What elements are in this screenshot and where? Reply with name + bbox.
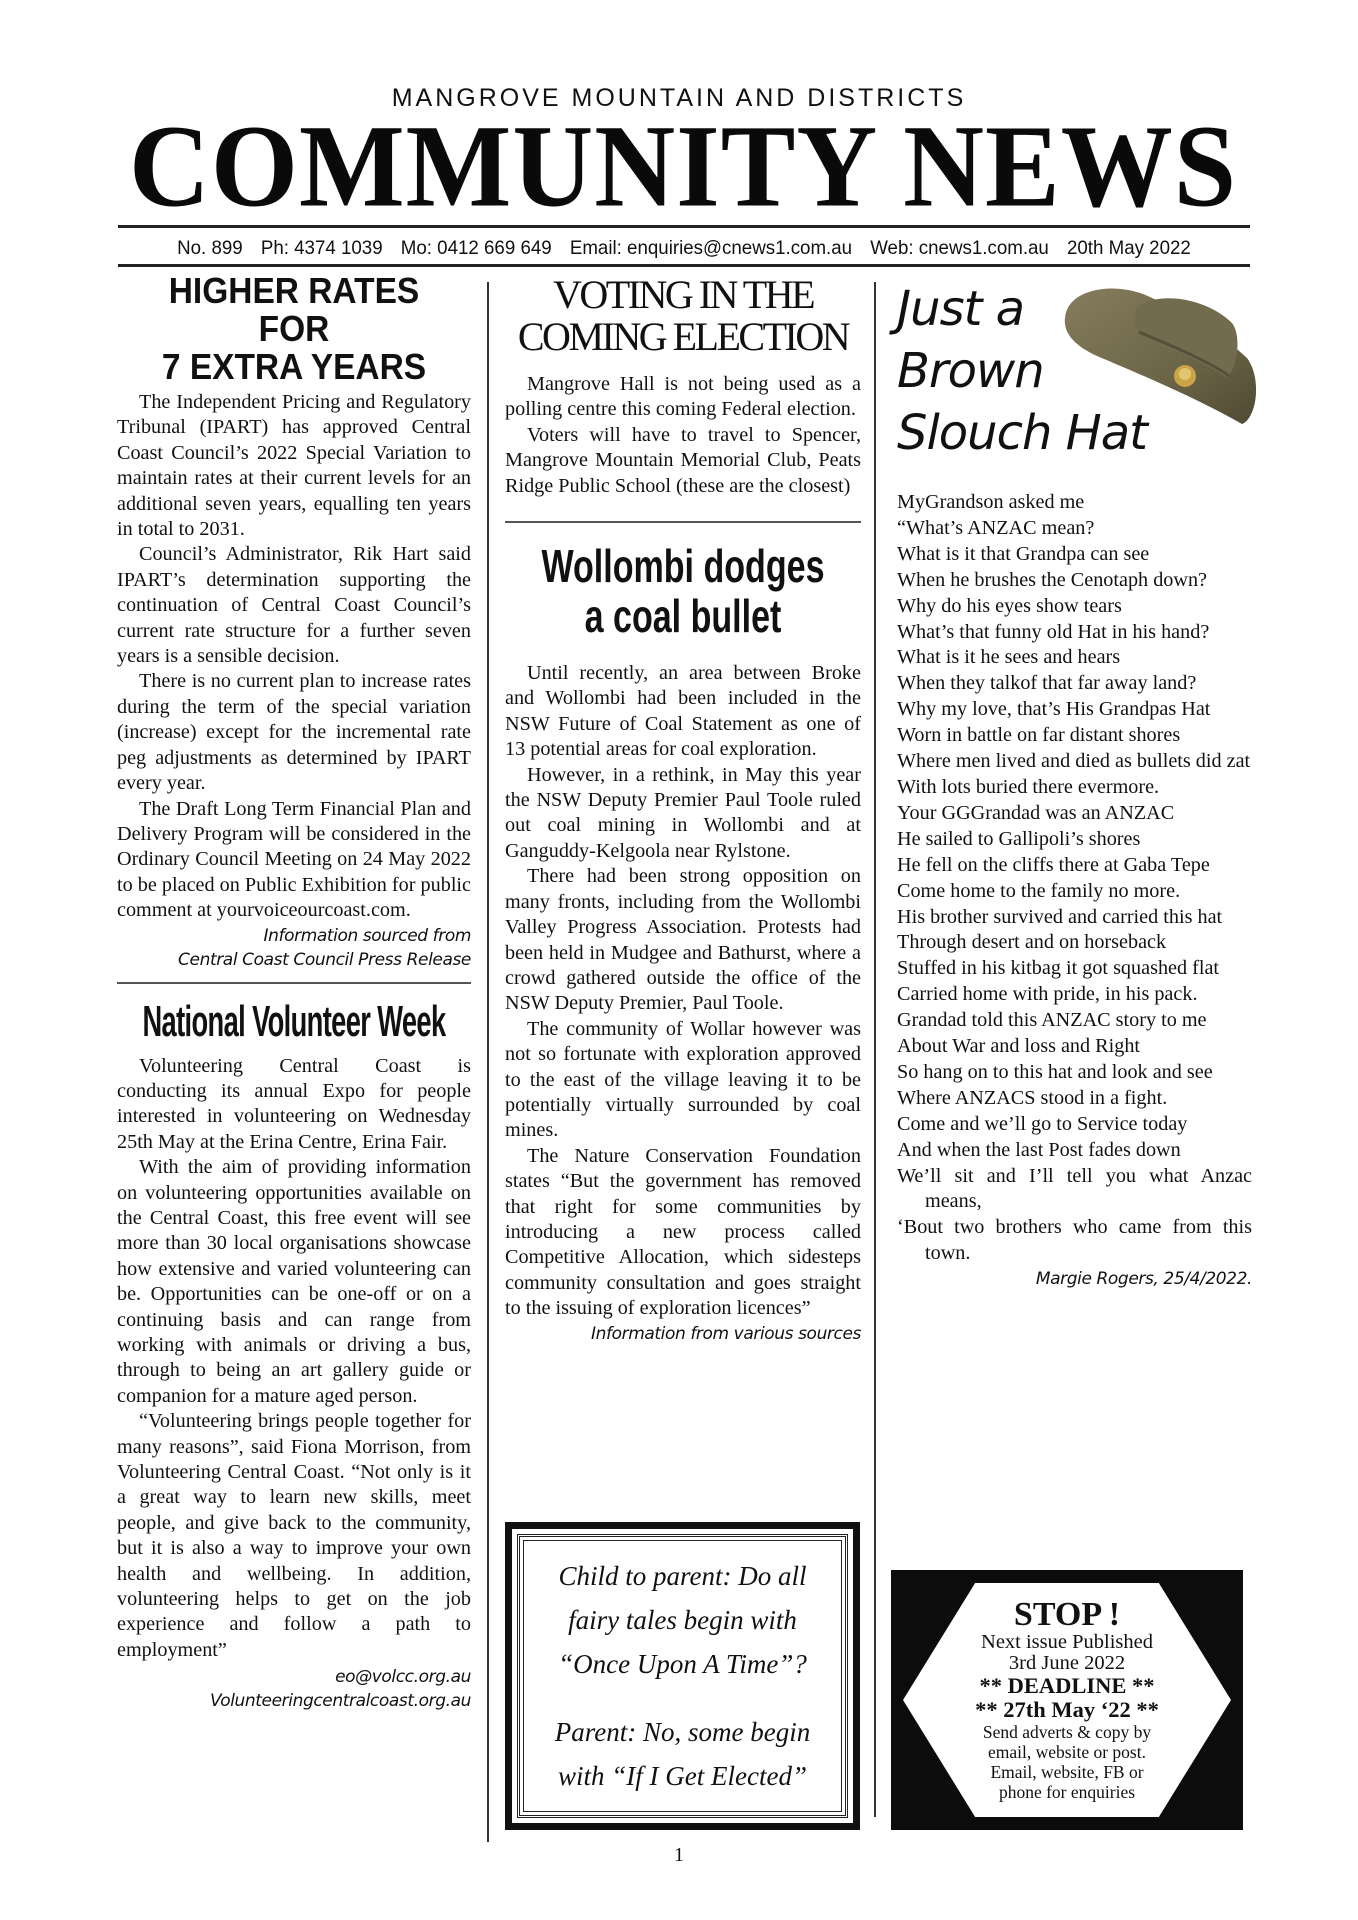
article-divider <box>505 521 861 523</box>
page-number: 1 <box>0 1844 1358 1867</box>
paragraph: Volunteering Central Coast is conducting… <box>117 1054 471 1156</box>
submission-info: Send adverts & copy by <box>983 1722 1151 1742</box>
source-credit: Central Coast Council Press Release <box>117 948 471 972</box>
deadline-hexagon: STOP ! Next issue Published 3rd June 202… <box>903 1583 1231 1817</box>
contact-email-link[interactable]: eo@volcc.org.au <box>117 1665 471 1689</box>
poem-line: About War and loss and Right <box>897 1034 1252 1060</box>
headline-higher-rates: HIGHER RATES FOR 7 EXTRA YEARS <box>129 272 458 386</box>
headline-line: Wollombi dodges <box>507 541 859 591</box>
poem-line: And when the last Post fades down <box>897 1138 1252 1164</box>
poem-line: So hang on to this hat and look and see <box>897 1060 1252 1086</box>
mobile-number: Mo: 0412 669 649 <box>401 237 552 260</box>
submission-info: email, website or post. <box>988 1742 1146 1762</box>
poem-line: Your GGGrandad was an ANZAC <box>897 801 1252 827</box>
poem-line: ‘Bout two brothers who came from this to… <box>897 1215 1252 1267</box>
article-wollombi: Wollombi dodges a coal bullet Until rece… <box>505 541 861 1346</box>
paragraph: The Nature Conservation Foundation state… <box>505 1144 861 1322</box>
poem-line: Worn in battle on far distant shores <box>897 723 1252 749</box>
deadline-label: ** DEADLINE ** <box>979 1674 1154 1698</box>
submission-info: Email, website, FB or <box>990 1762 1143 1782</box>
joke-answer: Parent: No, some begin with “If I Get El… <box>538 1710 827 1798</box>
paragraph: However, in a rethink, in May this year … <box>505 763 861 865</box>
poem-line: Come home to the family no more. <box>897 879 1252 905</box>
stop-title: STOP ! <box>1014 1598 1120 1632</box>
joke-question: Child to parent: Do all fairy tales begi… <box>538 1554 827 1686</box>
masthead-title: COMMUNITY NEWS <box>118 108 1248 226</box>
issue-date: 20th May 2022 <box>1067 237 1191 260</box>
masthead-rule-bottom <box>118 264 1250 267</box>
paragraph: The community of Wollar however was not … <box>505 1017 861 1144</box>
slouch-hat-icon <box>1057 278 1262 428</box>
poem-line: His brother survived and carried this ha… <box>897 905 1252 931</box>
poem-line: Where men lived and died as bullets did … <box>897 749 1252 775</box>
poem-line: Come and we’ll go to Service today <box>897 1112 1252 1138</box>
next-issue-label: Next issue Published <box>981 1632 1153 1653</box>
article-voting: VOTING IN THE COMING ELECTION Mangrove H… <box>505 274 861 499</box>
issue-number: No. 899 <box>177 237 243 260</box>
masthead-rule-top <box>118 225 1250 228</box>
paragraph: Mangrove Hall is not being used as a pol… <box>505 372 861 423</box>
column-separator-2 <box>874 282 876 1817</box>
email-address: Email: enquiries@cnews1.com.au <box>570 237 852 260</box>
joke-box-inner-frame: Child to parent: Do all fairy tales begi… <box>517 1534 848 1818</box>
headline-wollombi: Wollombi dodges a coal bullet <box>507 541 859 641</box>
poem-line: When he brushes the Cenotaph down? <box>897 568 1252 594</box>
paragraph: Council’s Administrator, Rik Hart said I… <box>117 542 471 669</box>
paragraph: There is no current plan to increase rat… <box>117 669 471 796</box>
poem-line: Stuffed in his kitbag it got squashed fl… <box>897 956 1252 982</box>
headline-line: 7 EXTRA YEARS <box>129 348 458 386</box>
submission-info: phone for enquiries <box>999 1782 1135 1802</box>
paragraph: The Draft Long Term Financial Plan and D… <box>117 797 471 924</box>
deadline-date: ** 27th May ‘22 ** <box>975 1698 1159 1722</box>
poem-line: Carried home with pride, in his pack. <box>897 982 1252 1008</box>
paragraph: Voters will have to travel to Spencer, M… <box>505 423 861 499</box>
headline-line: VOTING IN THE <box>505 274 861 316</box>
deadline-notice: STOP ! Next issue Published 3rd June 202… <box>891 1570 1243 1830</box>
poem-line: Why do his eyes show tears <box>897 594 1252 620</box>
poem-line: What’s that funny old Hat in his hand? <box>897 620 1252 646</box>
article-higher-rates: HIGHER RATES FOR 7 EXTRA YEARS The Indep… <box>117 272 471 972</box>
poem-line: With lots buried there evermore. <box>897 775 1252 801</box>
column-middle: VOTING IN THE COMING ELECTION Mangrove H… <box>505 272 861 1346</box>
contact-bar: No. 899 Ph: 4374 1039 Mo: 0412 669 649 E… <box>141 234 1228 262</box>
poem-line: He fell on the cliffs there at Gaba Tepe <box>897 853 1252 879</box>
article-volunteer-week: National Volunteer Week Volunteering Cen… <box>117 996 471 1714</box>
poem-line: Why my love, that’s His Grandpas Hat <box>897 697 1252 723</box>
poem-line: We’ll sit and I’ll tell you what Anzac m… <box>897 1164 1252 1216</box>
article-divider <box>117 982 471 984</box>
poem-body: MyGrandson asked me “What’s ANZAC mean? … <box>897 490 1252 1267</box>
joke-box: Child to parent: Do all fairy tales begi… <box>505 1522 860 1830</box>
poem-line: MyGrandson asked me <box>897 490 1252 516</box>
headline-volunteer-week: National Volunteer Week <box>116 996 472 1048</box>
paragraph: The Independent Pricing and Regulatory T… <box>117 390 471 542</box>
poem-author-credit: Margie Rogers, 25/4/2022. <box>897 1267 1252 1291</box>
source-credit: Information sourced from <box>117 924 471 948</box>
web-address: Web: cnews1.com.au <box>870 237 1049 260</box>
poem-line: Grandad told this ANZAC story to me <box>897 1008 1252 1034</box>
paragraph: There had been strong opposition on many… <box>505 864 861 1016</box>
poem-line: Through desert and on horseback <box>897 930 1252 956</box>
poem-line: “What’s ANZAC mean? <box>897 516 1252 542</box>
headline-line: a coal bullet <box>507 591 859 641</box>
poem-line: What is it that Grandpa can see <box>897 542 1252 568</box>
column-left: HIGHER RATES FOR 7 EXTRA YEARS The Indep… <box>117 272 471 1713</box>
paragraph: “Volunteering brings people together for… <box>117 1409 471 1663</box>
poem-line: He sailed to Gallipoli’s shores <box>897 827 1252 853</box>
website-link[interactable]: Volunteeringcentralcoast.org.au <box>117 1689 471 1713</box>
paragraph: With the aim of providing information on… <box>117 1155 471 1409</box>
source-credit: Information from various sources <box>505 1322 861 1346</box>
article-slouch-hat-poem: Just a Brown Slouch Hat MyGrandson asked… <box>897 278 1252 1291</box>
poem-line: Where ANZACS stood in a fight. <box>897 1086 1252 1112</box>
next-issue-date: 3rd June 2022 <box>1009 1653 1125 1674</box>
poem-line: What is it he sees and hears <box>897 645 1252 671</box>
column-right: Just a Brown Slouch Hat MyGrandson asked… <box>897 272 1252 1291</box>
paragraph: Until recently, an area between Broke an… <box>505 661 861 763</box>
column-separator-1 <box>487 282 489 1842</box>
phone-number: Ph: 4374 1039 <box>261 237 383 260</box>
headline-line: HIGHER RATES FOR <box>129 272 458 348</box>
poem-line: When they talkof that far away land? <box>897 671 1252 697</box>
headline-voting: VOTING IN THE COMING ELECTION <box>505 274 861 358</box>
headline-line: COMING ELECTION <box>505 316 861 358</box>
